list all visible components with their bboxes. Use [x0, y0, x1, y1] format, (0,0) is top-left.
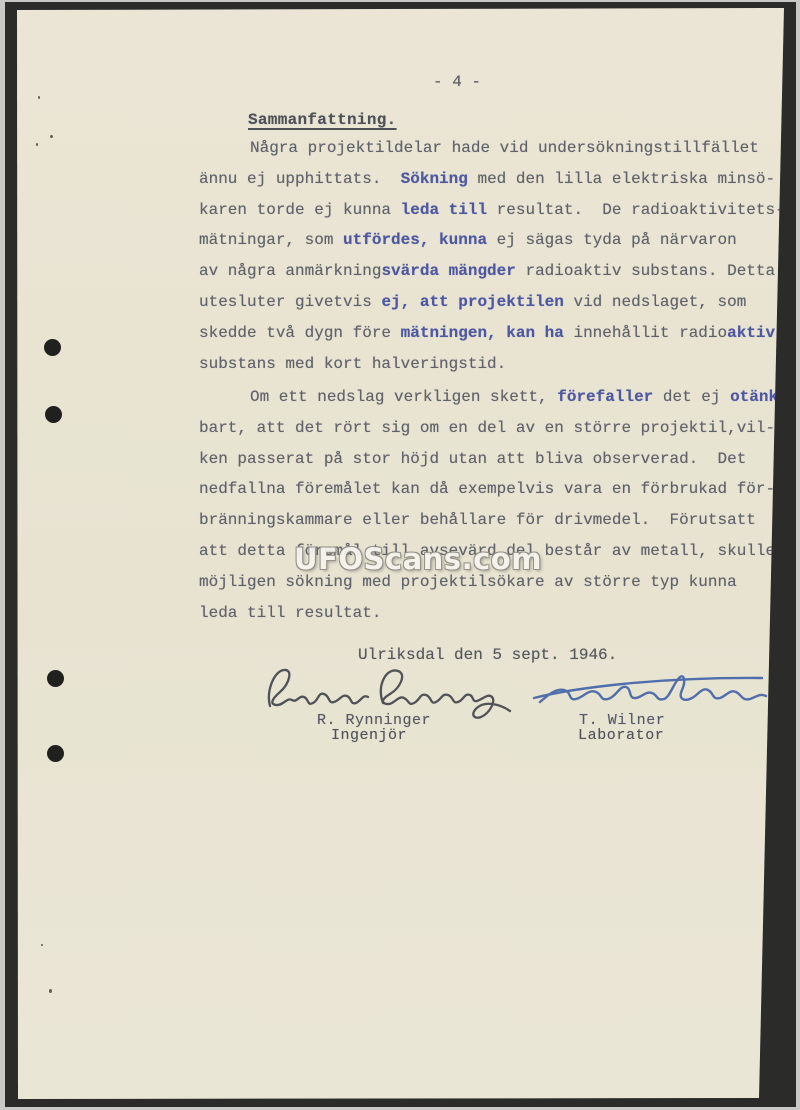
text-segment: mätningar, som [199, 231, 343, 249]
document-line: utesluter givetvis ej, att projektilen v… [199, 287, 789, 318]
text-segment: vid nedslaget, som [564, 293, 746, 311]
punch-hole [45, 406, 62, 423]
document-line: av några anmärkningsvärda mängder radioa… [199, 256, 789, 287]
scanned-document-page: { "colors": { "background": "#c9c9c6", "… [0, 0, 800, 1110]
paragraph: Några projektildelar hade vid undersökni… [199, 133, 789, 379]
date-line: Ulriksdal den 5 sept. 1946. [358, 646, 617, 664]
text-segment: mätningen, kan ha [401, 324, 564, 342]
document-line: Några projektildelar hade vid undersökni… [199, 133, 789, 164]
text-segment: radioaktiv substans. Detta [516, 262, 775, 280]
document-line: nedfallna föremålet kan då exempelvis va… [199, 474, 789, 505]
document-line: bart, att det rört sig om en del av en s… [199, 413, 789, 444]
typed-title-right: Laborator [578, 727, 664, 744]
text-segment: med den lilla elektriska minsö- [468, 170, 775, 188]
text-segment: otänk [730, 388, 778, 406]
document-line: Om ett nedslag verkligen skett, förefall… [199, 382, 789, 413]
scan-speck [41, 944, 43, 946]
text-segment: skedde två dygn före [199, 324, 401, 342]
text-segment: ej sägas tyda på närvaron [487, 231, 737, 249]
punch-hole [44, 339, 61, 356]
scan-speck [36, 143, 38, 146]
text-segment: ken passerat på stor höjd utan att bliva… [199, 450, 746, 468]
text-segment: resultat. De radioaktivitets- [487, 201, 785, 219]
signature-torsten-wilner [528, 668, 770, 718]
punch-hole [47, 670, 64, 687]
text-segment: bart, att det rört sig om en del av en s… [199, 419, 775, 437]
watermark: UFOScans.com [294, 542, 542, 576]
punch-hole [47, 745, 64, 762]
text-segment: av några anmärkning [199, 262, 381, 280]
text-segment: det ej [653, 388, 730, 406]
document-line: skedde två dygn före mätningen, kan ha i… [199, 318, 789, 349]
document-line: mätningar, som utfördes, kunna ej sägas … [199, 225, 789, 256]
text-segment: Sökning [401, 170, 468, 188]
typed-title-left: Ingenjör [331, 727, 407, 744]
paragraph: Om ett nedslag verkligen skett, förefall… [199, 382, 789, 628]
document-line: karen torde ej kunna leda till resultat.… [199, 195, 789, 226]
text-segment: nedfallna föremålet kan då exempelvis va… [199, 480, 775, 498]
text-segment: ännu ej upphittats. [199, 170, 401, 188]
scan-speck [38, 96, 40, 99]
text-segment: Om ett nedslag verkligen skett, [250, 388, 557, 406]
document-line: substans med kort halveringstid. [199, 349, 789, 380]
text-segment: utesluter givetvis [199, 293, 381, 311]
section-heading: Sammanfattning. [248, 111, 397, 129]
text-segment: svärda mängder [381, 262, 515, 280]
text-segment: Några projektildelar hade vid undersökni… [250, 139, 759, 157]
page-number: - 4 - [433, 73, 481, 91]
scan-speck [49, 989, 52, 993]
document-line: ännu ej upphittats. Sökning med den lill… [199, 164, 789, 195]
text-segment: bränningskammare eller behållare för dri… [199, 511, 756, 529]
text-segment: ej, att projektilen [381, 293, 563, 311]
document-line: bränningskammare eller behållare för dri… [199, 505, 789, 536]
text-segment: förefaller [557, 388, 653, 406]
scan-speck [50, 135, 53, 138]
text-segment: aktiv [727, 324, 775, 342]
text-segment: substans med kort halveringstid. [199, 355, 506, 373]
text-segment: leda till resultat. [199, 604, 381, 622]
paper-sheet: - 4 - Sammanfattning. Några projektildel… [0, 0, 800, 1110]
document-line: ken passerat på stor höjd utan att bliva… [199, 444, 789, 475]
text-segment: leda till [401, 201, 487, 219]
text-segment: karen torde ej kunna [199, 201, 401, 219]
text-segment: utfördes, kunna [343, 231, 487, 249]
text-segment: innehållit radio [564, 324, 727, 342]
document-line: leda till resultat. [199, 598, 789, 629]
